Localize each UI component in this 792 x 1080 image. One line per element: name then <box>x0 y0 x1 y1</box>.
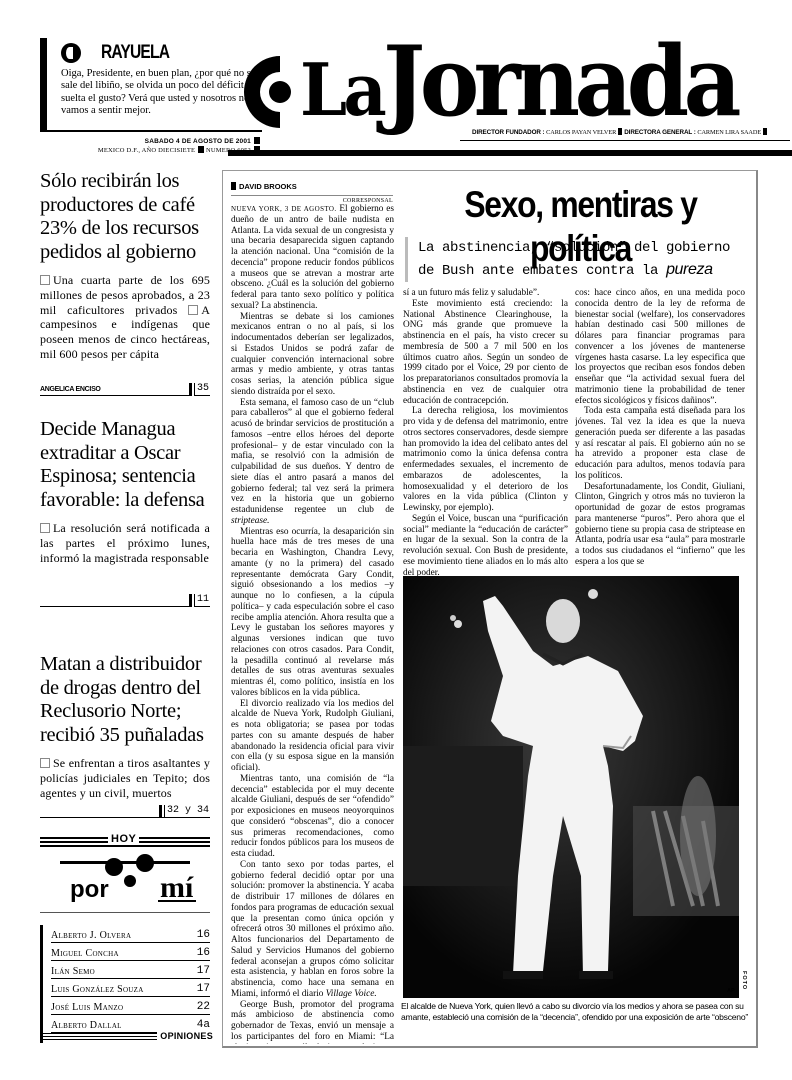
story-summary: Una cuarta parte de los 695 millones de … <box>40 273 210 362</box>
article-column-2: sí a un futuro más feliz y saludable”. E… <box>403 288 568 578</box>
left-story-managua[interactable]: Decide Managua extraditar a Oscar Espino… <box>40 418 210 565</box>
opinion-footer: OPINIONES <box>43 1033 213 1043</box>
title-la: La <box>300 47 383 132</box>
divider <box>40 912 210 913</box>
title-jornada: Jornada <box>383 25 736 138</box>
story-footer: 32 y 34 <box>40 804 210 818</box>
left-story-coffee[interactable]: Sólo recibirán los productores de café 2… <box>40 170 210 362</box>
por-mi-logo-icon: por mí <box>50 853 205 909</box>
opinion-row[interactable]: Luis González Souza17 <box>51 979 210 997</box>
columnist-name: Miguel Concha <box>51 948 119 959</box>
divider <box>40 606 192 607</box>
dancing-man-photo-icon <box>403 576 739 998</box>
story-headline[interactable]: Matan a distribuidor de drogas dentro de… <box>40 653 210 747</box>
hoy-por-mi-section[interactable]: HOY por mí <box>40 833 210 913</box>
page-number: 16 <box>197 929 210 941</box>
rayuela-text: Oiga, Presidente, en buen plan, ¿por qué… <box>61 68 256 118</box>
opinion-row[interactable]: Alberto J. Olvera16 <box>51 925 210 943</box>
page-number: 17 <box>197 965 210 977</box>
masthead: LaJornada <box>270 38 790 138</box>
founder-label: DIRECTOR FUNDADOR : <box>472 129 545 136</box>
newspaper-title: LaJornada <box>300 32 736 140</box>
article-byline: DAVID BROOKS <box>231 182 393 196</box>
rayuela-box: RAYUELA Oiga, Presidente, en buen plan, … <box>40 38 262 132</box>
page-reference[interactable]: 35 <box>194 383 210 396</box>
story-summary: La resolución será notificada a las part… <box>40 521 210 565</box>
square-separator-icon <box>618 128 622 135</box>
article-subtitle: La abstinencia, “solución” del gobierno … <box>405 237 745 282</box>
la-jornada-sun-logo-icon <box>240 48 306 136</box>
svg-text:por: por <box>70 876 109 903</box>
photo-caption: El alcalde de Nueva York, quien llevó a … <box>401 1001 751 1022</box>
columnist-name: Ilán Semo <box>51 966 95 977</box>
director-label: DIRECTORA GENERAL : <box>624 129 695 136</box>
story-headline[interactable]: Decide Managua extraditar a Oscar Espino… <box>40 418 210 512</box>
box-bullet-icon <box>188 305 198 315</box>
story-headline[interactable]: Sólo recibirán los productores de café 2… <box>40 170 210 264</box>
square-separator-icon <box>763 128 767 135</box>
opinion-row[interactable]: Ilán Semo17 <box>51 961 210 979</box>
page-number: 4a <box>197 1019 210 1031</box>
page-number: 17 <box>197 983 210 995</box>
square-marker-icon <box>231 182 236 190</box>
opinion-label: OPINIONES <box>157 1031 213 1041</box>
issue-date: SABADO 4 DE AGOSTO DE 2001 <box>145 138 251 145</box>
divider <box>40 395 192 396</box>
masthead-thick-rule <box>228 150 792 156</box>
page-reference[interactable]: 32 y 34 <box>164 805 210 818</box>
page-number: 22 <box>197 1001 210 1013</box>
box-bullet-icon <box>40 275 50 285</box>
founder-name: CARLOS PAYAN VELVER <box>546 129 616 136</box>
page-number: 16 <box>197 947 210 959</box>
opinion-row[interactable]: Miguel Concha16 <box>51 943 210 961</box>
columnist-name: Alberto Dallal <box>51 1020 122 1031</box>
article-column-1: NUEVA YORK, 3 DE AGOSTO. El gobierno es … <box>231 204 394 1044</box>
story-byline: ANGELICA ENCISO <box>40 386 101 393</box>
photo-credit-label: FOTO <box>741 971 747 990</box>
square-separator-icon <box>254 137 260 144</box>
opinion-row[interactable]: José Luis Manzo22 <box>51 997 210 1015</box>
rayuela-title: RAYUELA <box>101 42 169 64</box>
columnist-name: José Luis Manzo <box>51 1002 123 1013</box>
columnist-name: Luis González Souza <box>51 984 144 995</box>
story-summary: Se enfrentan a tiros asaltantes y policí… <box>40 756 210 800</box>
box-bullet-icon <box>40 758 50 768</box>
square-separator-icon <box>198 146 204 153</box>
columnist-name: Alberto J. Olvera <box>51 930 131 941</box>
hoy-label: HOY <box>108 833 139 845</box>
rayuela-logo-icon <box>61 43 81 63</box>
opinion-index: Alberto J. Olvera16 Miguel Concha16 Ilán… <box>40 925 210 1043</box>
photo-agency: AP <box>727 988 735 994</box>
dateline: SABADO 4 DE AGOSTO DE 2001 MEXICO D.F., … <box>40 137 260 155</box>
story-footer: ANGELICA ENCISO 35 <box>40 382 210 396</box>
place-year: MEXICO D.F., AÑO DIECISIETE <box>98 147 195 154</box>
article-photo[interactable] <box>403 576 739 998</box>
rayuela-header: RAYUELA <box>61 42 256 64</box>
left-story-reclusorio[interactable]: Matan a distribuidor de drogas dentro de… <box>40 653 210 800</box>
story-footer: 11 <box>40 593 210 607</box>
main-article: DAVID BROOKS CORRESPONSAL Sexo, mentiras… <box>222 170 758 1048</box>
box-bullet-icon <box>40 523 50 533</box>
article-column-3: cos: hace cinco años, en una medida poco… <box>575 288 745 578</box>
page-reference[interactable]: 11 <box>194 594 210 607</box>
masthead-credits: DIRECTOR FUNDADOR : CARLOS PAYAN VELVERD… <box>472 128 769 136</box>
svg-text:mí: mí <box>160 871 194 904</box>
director-name: CARMEN LIRA SAADE <box>697 129 761 136</box>
masthead-thin-rule <box>460 140 790 141</box>
